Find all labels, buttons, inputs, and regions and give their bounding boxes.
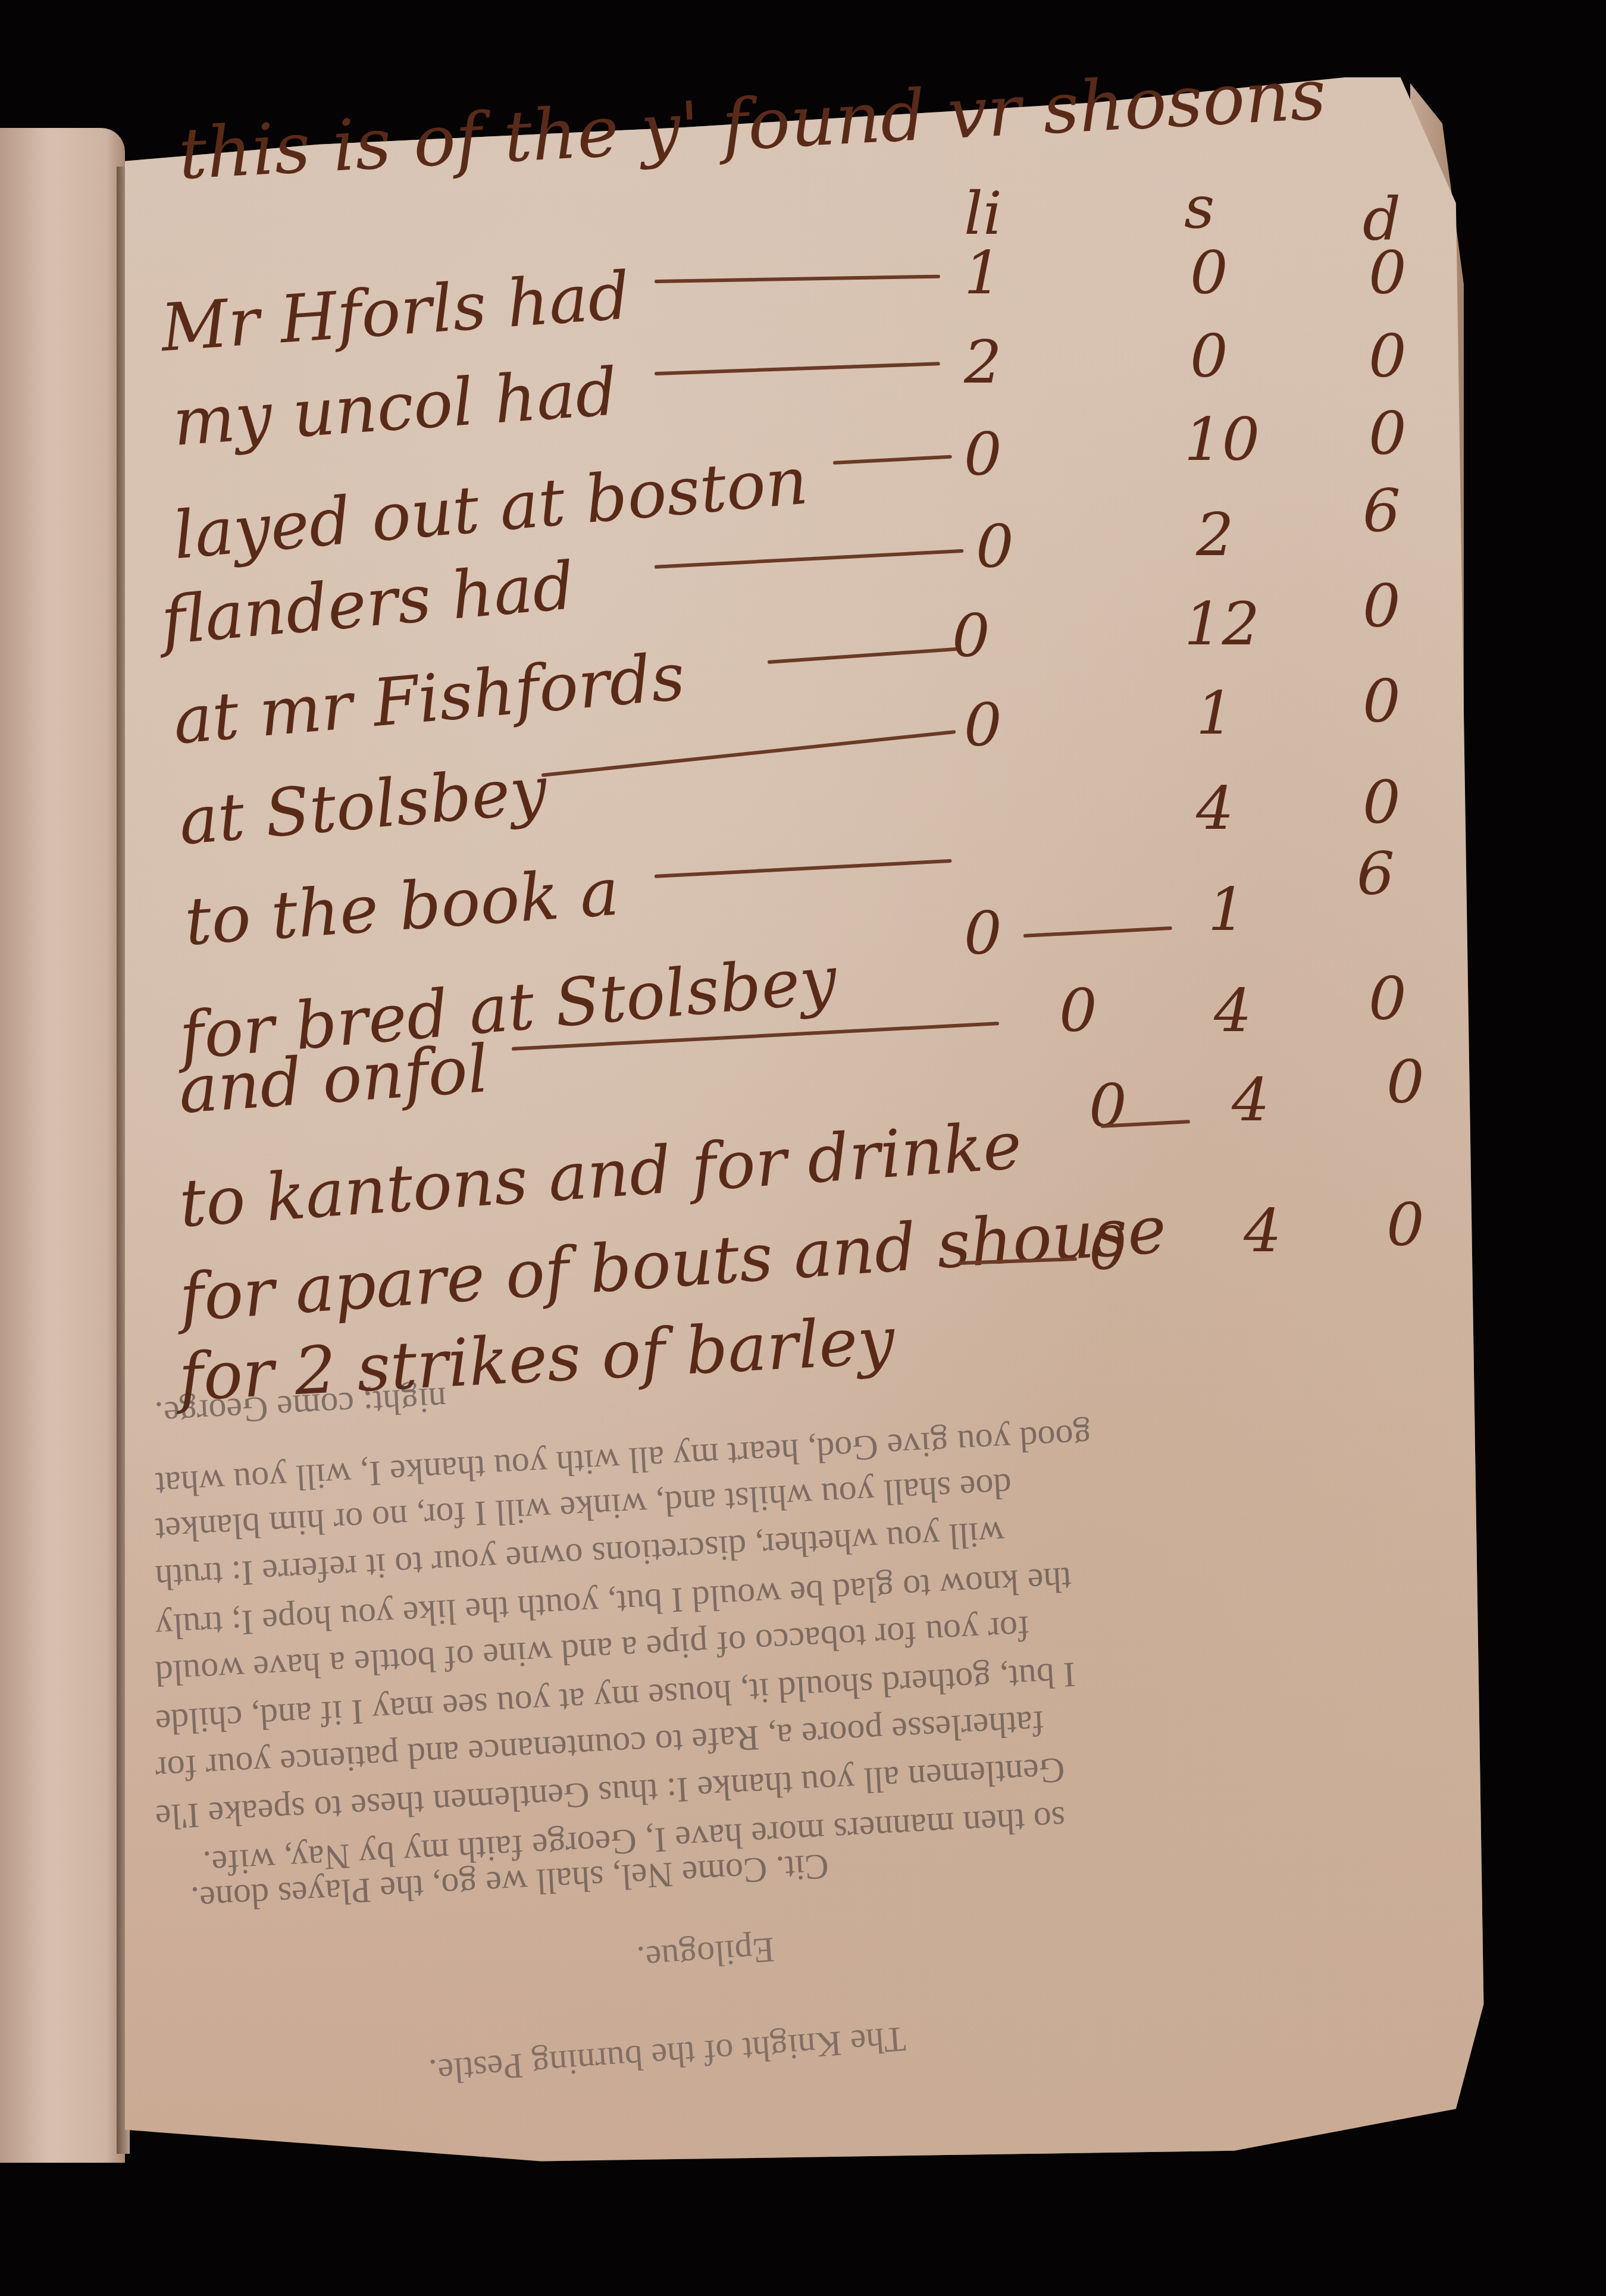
- entry-pounds: 0: [1059, 976, 1097, 1045]
- entry-pounds: 0: [1089, 1071, 1127, 1141]
- entry-pounds: 0: [1089, 1214, 1127, 1283]
- entry-pence: 0: [1363, 666, 1401, 736]
- entry-shillings: 2: [1196, 500, 1234, 569]
- entry-pounds: 0: [964, 898, 1002, 968]
- entry-shillings: 4: [1244, 1196, 1282, 1266]
- entry-shillings: 4: [1232, 1065, 1270, 1135]
- entry-shillings: 12: [1184, 589, 1260, 659]
- entry-shillings: 0: [1190, 238, 1228, 308]
- entry-pounds: 0: [964, 419, 1002, 489]
- entry-pence: 0: [1386, 1047, 1425, 1117]
- entry-pounds: 0: [952, 601, 990, 671]
- entry-pence: 0: [1369, 399, 1407, 468]
- entry-shillings: 1: [1196, 678, 1234, 748]
- column-header-shillings: s: [1184, 173, 1214, 242]
- entry-shillings: 1: [1208, 875, 1246, 944]
- left-page-edge: [0, 128, 125, 2163]
- entry-shillings: 4: [1214, 976, 1252, 1045]
- entry-pence: 0: [1369, 964, 1407, 1033]
- entry-pence: 6: [1357, 839, 1395, 909]
- entry-pence: 0: [1369, 321, 1407, 391]
- entry-pence: 0: [1386, 1190, 1425, 1260]
- entry-pence: 0: [1363, 768, 1401, 837]
- entry-pence: 0: [1369, 238, 1407, 308]
- entry-pence: 6: [1363, 476, 1401, 546]
- entry-pounds: 1: [964, 238, 1002, 308]
- entry-shillings: 0: [1190, 321, 1228, 391]
- entry-shillings: 10: [1184, 405, 1260, 474]
- entry-shillings: 4: [1196, 773, 1234, 843]
- entry-pence: 0: [1363, 571, 1401, 641]
- entry-pounds: 0: [964, 690, 1002, 760]
- entry-pounds: 2: [964, 327, 1002, 397]
- entry-pounds: 0: [976, 512, 1014, 581]
